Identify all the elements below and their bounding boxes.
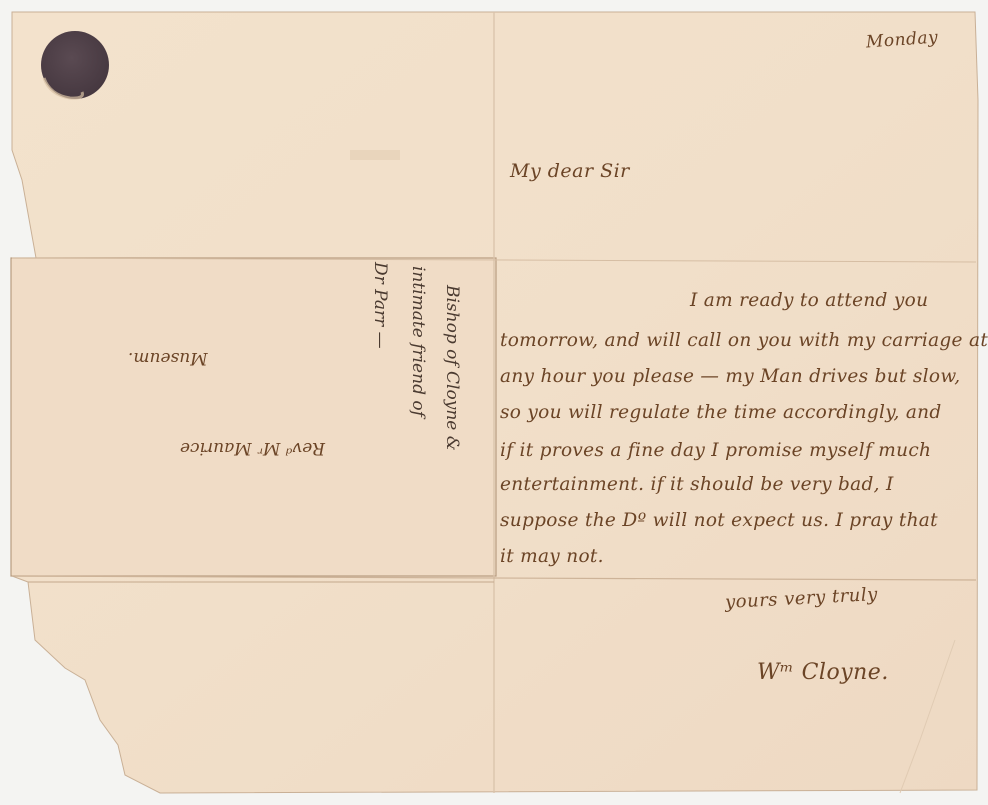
docket-line-2: intimate friend of (408, 266, 428, 417)
docket-line-3: Dr Parr — (370, 262, 390, 349)
body-line-7: suppose the Dº will not expect us. I pra… (500, 510, 938, 531)
address-line-recipient: Revᵈ Mʳ Maurice (180, 438, 325, 458)
letter-salutation: My dear Sir (510, 160, 630, 182)
address-line-museum: Museum. (128, 348, 208, 368)
body-line-5: if it proves a fine day I promise myself… (500, 440, 931, 461)
body-line-2: tomorrow, and will call on you with my c… (500, 330, 988, 351)
body-line-3: any hour you please — my Man drives but … (500, 366, 960, 387)
letter-signature: Wᵐ Cloyne. (757, 660, 889, 685)
wax-seal-icon (41, 31, 109, 99)
docket-line-1: Bishop of Cloyne & (442, 285, 462, 451)
body-line-6: entertainment. if it should be very bad,… (500, 474, 894, 495)
body-line-4: so you will regulate the time accordingl… (500, 402, 942, 423)
body-line-8: it may not. (500, 546, 604, 567)
body-line-1: I am ready to attend you (690, 290, 928, 311)
